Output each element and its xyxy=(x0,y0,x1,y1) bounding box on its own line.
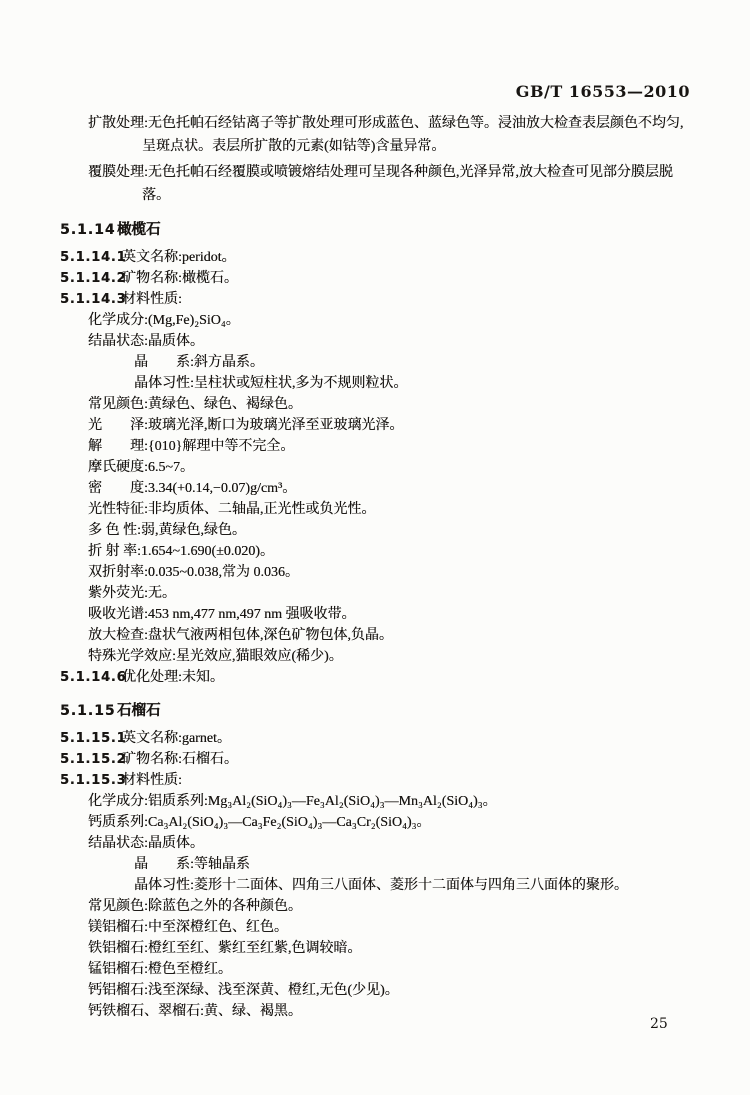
property-line: 光性特征:非均质体、二轴晶,正光性或负光性。 xyxy=(88,499,692,520)
property-line: 常见颜色:除蓝色之外的各种颜色。 xyxy=(88,896,692,917)
clause-line: 5.1.15.2矿物名称:石榴石。 xyxy=(60,749,692,770)
clause-text: 英文名称:garnet。 xyxy=(122,731,231,746)
property-line: 化学成分:铝质系列:Mg₃Al₂(SiO₄)₃—Fe₃Al₂(SiO₄)₃—Mn… xyxy=(88,791,692,812)
property-line: 摩氏硬度:6.5~7。 xyxy=(88,457,692,478)
treatment-label: 覆膜处理: xyxy=(88,165,148,180)
clause-text: 矿物名称:橄榄石。 xyxy=(122,271,238,286)
property-line: 钙铝榴石:浅至深绿、浅至深黄、橙红,无色(少见)。 xyxy=(88,980,692,1001)
property-line: 镁铝榴石:中至深橙红色、红色。 xyxy=(88,917,692,938)
section-title: 石榴石 xyxy=(117,703,161,719)
property-line: 特殊光学效应:星光效应,猫眼效应(稀少)。 xyxy=(88,646,692,667)
property-line: 光 泽:玻璃光泽,断口为玻璃光泽至亚玻璃光泽。 xyxy=(88,415,692,436)
treatment-paragraph-diffusion: 扩散处理:无色托帕石经钴离子等扩散处理可形成蓝色、蓝绿色等。浸油放大检查表层颜色… xyxy=(88,112,692,158)
clause-text: 材料性质: xyxy=(122,292,182,307)
standard-number: GB/T 16553—2010 xyxy=(516,82,690,101)
treatment-paragraph-coating: 覆膜处理:无色托帕石经覆膜或喷镀熔结处理可呈现各种颜色,光泽异常,放大检查可见部… xyxy=(88,161,692,207)
property-line: 晶 系:斜方晶系。 xyxy=(134,352,692,373)
clause-number: 5.1.14.1 xyxy=(60,247,122,268)
property-line: 结晶状态:晶质体。 xyxy=(88,331,692,352)
property-line: 放大检查:盘状气液两相包体,深色矿物包体,负晶。 xyxy=(88,625,692,646)
property-line: 晶体习性:呈柱状或短柱状,多为不规则粒状。 xyxy=(134,373,692,394)
section-number: 5.1.14 xyxy=(60,219,117,241)
page-content: 扩散处理:无色托帕石经钴离子等扩散处理可形成蓝色、蓝绿色等。浸油放大检查表层颜色… xyxy=(60,112,692,1022)
clause-line: 5.1.14.1英文名称:peridot。 xyxy=(60,247,692,268)
clause-line: 5.1.14.6优化处理:未知。 xyxy=(60,667,692,688)
clause-text: 材料性质: xyxy=(122,773,182,788)
page-number: 25 xyxy=(650,1016,668,1032)
document-page: GB/T 16553—2010 扩散处理:无色托帕石经钴离子等扩散处理可形成蓝色… xyxy=(0,0,750,1095)
property-line: 钙铁榴石、翠榴石:黄、绿、褐黑。 xyxy=(88,1001,692,1022)
property-line: 密 度:3.34(+0.14,−0.07)g/cm³。 xyxy=(88,478,692,499)
section-title: 橄榄石 xyxy=(117,222,161,238)
property-line: 晶 系:等轴晶系 xyxy=(134,854,692,875)
property-line: 锰铝榴石:橙色至橙红。 xyxy=(88,959,692,980)
clause-line: 5.1.15.3材料性质: xyxy=(60,770,692,791)
treatment-text: 无色托帕石经钴离子等扩散处理可形成蓝色、蓝绿色等。浸油放大检查表层颜色不均匀,呈… xyxy=(142,116,683,154)
section-number: 5.1.15 xyxy=(60,700,117,722)
property-line: 多 色 性:弱,黄绿色,绿色。 xyxy=(88,520,692,541)
property-line: 双折射率:0.035~0.038,常为 0.036。 xyxy=(88,562,692,583)
clause-line: 5.1.14.2矿物名称:橄榄石。 xyxy=(60,268,692,289)
clause-number: 5.1.14.3 xyxy=(60,289,122,310)
clause-number: 5.1.15.3 xyxy=(60,770,122,791)
clause-line: 5.1.15.1英文名称:garnet。 xyxy=(60,728,692,749)
treatment-text: 无色托帕石经覆膜或喷镀熔结处理可呈现各种颜色,光泽异常,放大检查可见部分膜层脱落… xyxy=(142,165,673,203)
section-heading-peridot: 5.1.14橄榄石 xyxy=(60,219,692,241)
property-line: 紫外荧光:无。 xyxy=(88,583,692,604)
property-line: 钙质系列:Ca₃Al₂(SiO₄)₃—Ca₃Fe₂(SiO₄)₃—Ca₃Cr₂(… xyxy=(88,812,692,833)
clause-number: 5.1.15.1 xyxy=(60,728,122,749)
property-line: 结晶状态:晶质体。 xyxy=(88,833,692,854)
property-line: 晶体习性:菱形十二面体、四角三八面体、菱形十二面体与四角三八面体的聚形。 xyxy=(134,875,692,896)
property-line: 铁铝榴石:橙红至红、紫红至红紫,色调较暗。 xyxy=(88,938,692,959)
property-line: 化学成分:(Mg,Fe)₂SiO₄。 xyxy=(88,310,692,331)
property-line: 常见颜色:黄绿色、绿色、褐绿色。 xyxy=(88,394,692,415)
clause-line: 5.1.14.3材料性质: xyxy=(60,289,692,310)
page-header: GB/T 16553—2010 xyxy=(0,82,690,101)
clause-number: 5.1.15.2 xyxy=(60,749,122,770)
clause-number: 5.1.14.2 xyxy=(60,268,122,289)
treatment-label: 扩散处理: xyxy=(88,116,148,131)
clause-text: 矿物名称:石榴石。 xyxy=(122,752,238,767)
section-heading-garnet: 5.1.15石榴石 xyxy=(60,700,692,722)
property-line: 吸收光谱:453 nm,477 nm,497 nm 强吸收带。 xyxy=(88,604,692,625)
clause-text: 英文名称:peridot。 xyxy=(122,250,236,265)
property-line: 折 射 率:1.654~1.690(±0.020)。 xyxy=(88,541,692,562)
property-line: 解 理:{010}解理中等不完全。 xyxy=(88,436,692,457)
clause-text: 优化处理:未知。 xyxy=(122,670,224,685)
clause-number: 5.1.14.6 xyxy=(60,667,122,688)
